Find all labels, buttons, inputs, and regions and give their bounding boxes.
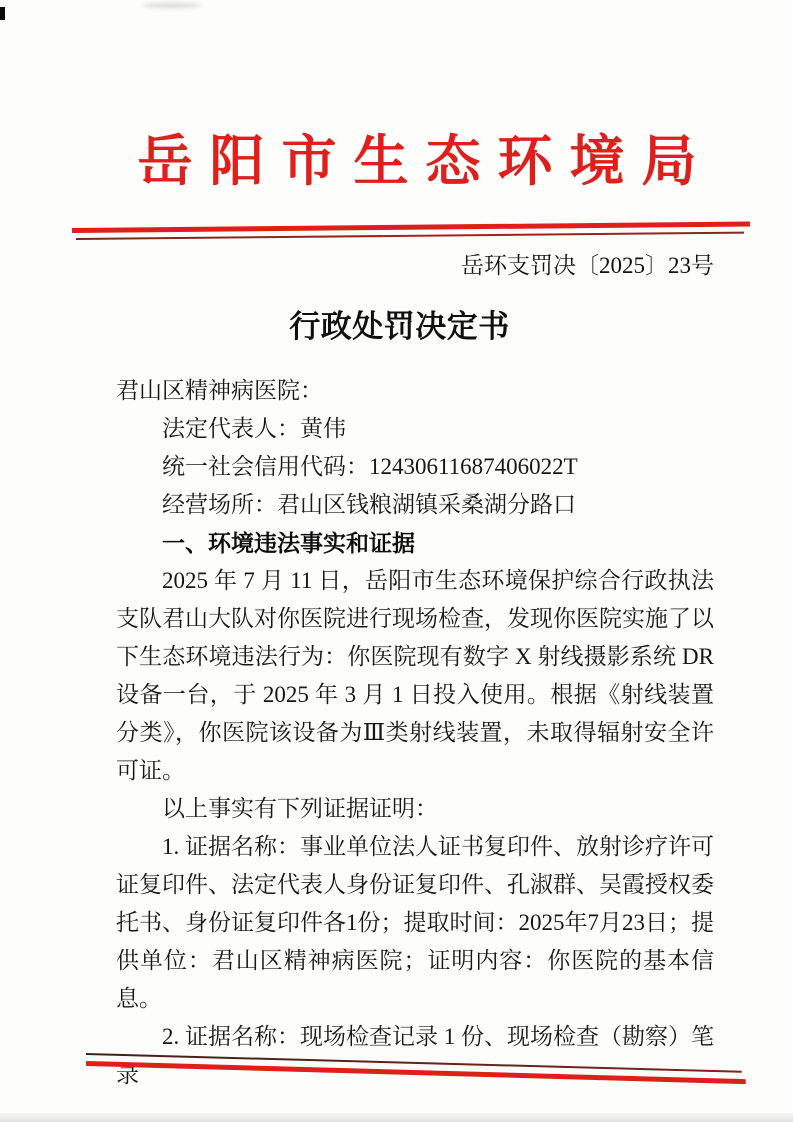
- document-title: 行政处罚决定书: [0, 305, 793, 349]
- scan-corner-mark: [0, 7, 5, 20]
- addressee-line: 君山区精神病医院：: [116, 372, 714, 410]
- document-body: 君山区精神病医院： 法定代表人：黄伟 统一社会信用代码：124306116874…: [116, 372, 714, 1094]
- agency-letterhead-title: 岳阳市生态环境局: [24, 129, 793, 195]
- document-page: 岳阳市生态环境局 岳环支罚决〔2025〕23号 行政处罚决定书 君山区精神病医院…: [0, 0, 793, 1122]
- page-edge-shadow: [0, 1113, 793, 1122]
- scan-smudge: [143, 3, 201, 8]
- section-heading-facts-evidence: 一、环境违法事实和证据: [116, 524, 714, 562]
- violation-facts-paragraph: 2025 年 7 月 11 日，岳阳市生态环境保护综合行政执法支队君山大队对你医…: [116, 562, 714, 790]
- legal-representative-line: 法定代表人：黄伟: [116, 410, 714, 448]
- letterhead-rule-dark: [76, 232, 744, 240]
- credit-code-line: 统一社会信用代码：12430611687406022T: [116, 448, 714, 486]
- document-number: 岳环支罚决〔2025〕23号: [461, 250, 714, 282]
- evidence-item-1: 1. 证据名称：事业单位法人证书复印件、放射诊疗许可证复印件、法定代表人身份证复…: [116, 828, 714, 1018]
- business-address-line: 经营场所：君山区钱粮湖镇采桑湖分路口: [116, 486, 714, 524]
- evidence-intro-line: 以上事实有下列证据证明：: [116, 790, 714, 828]
- letterhead-rule-red: [72, 221, 750, 232]
